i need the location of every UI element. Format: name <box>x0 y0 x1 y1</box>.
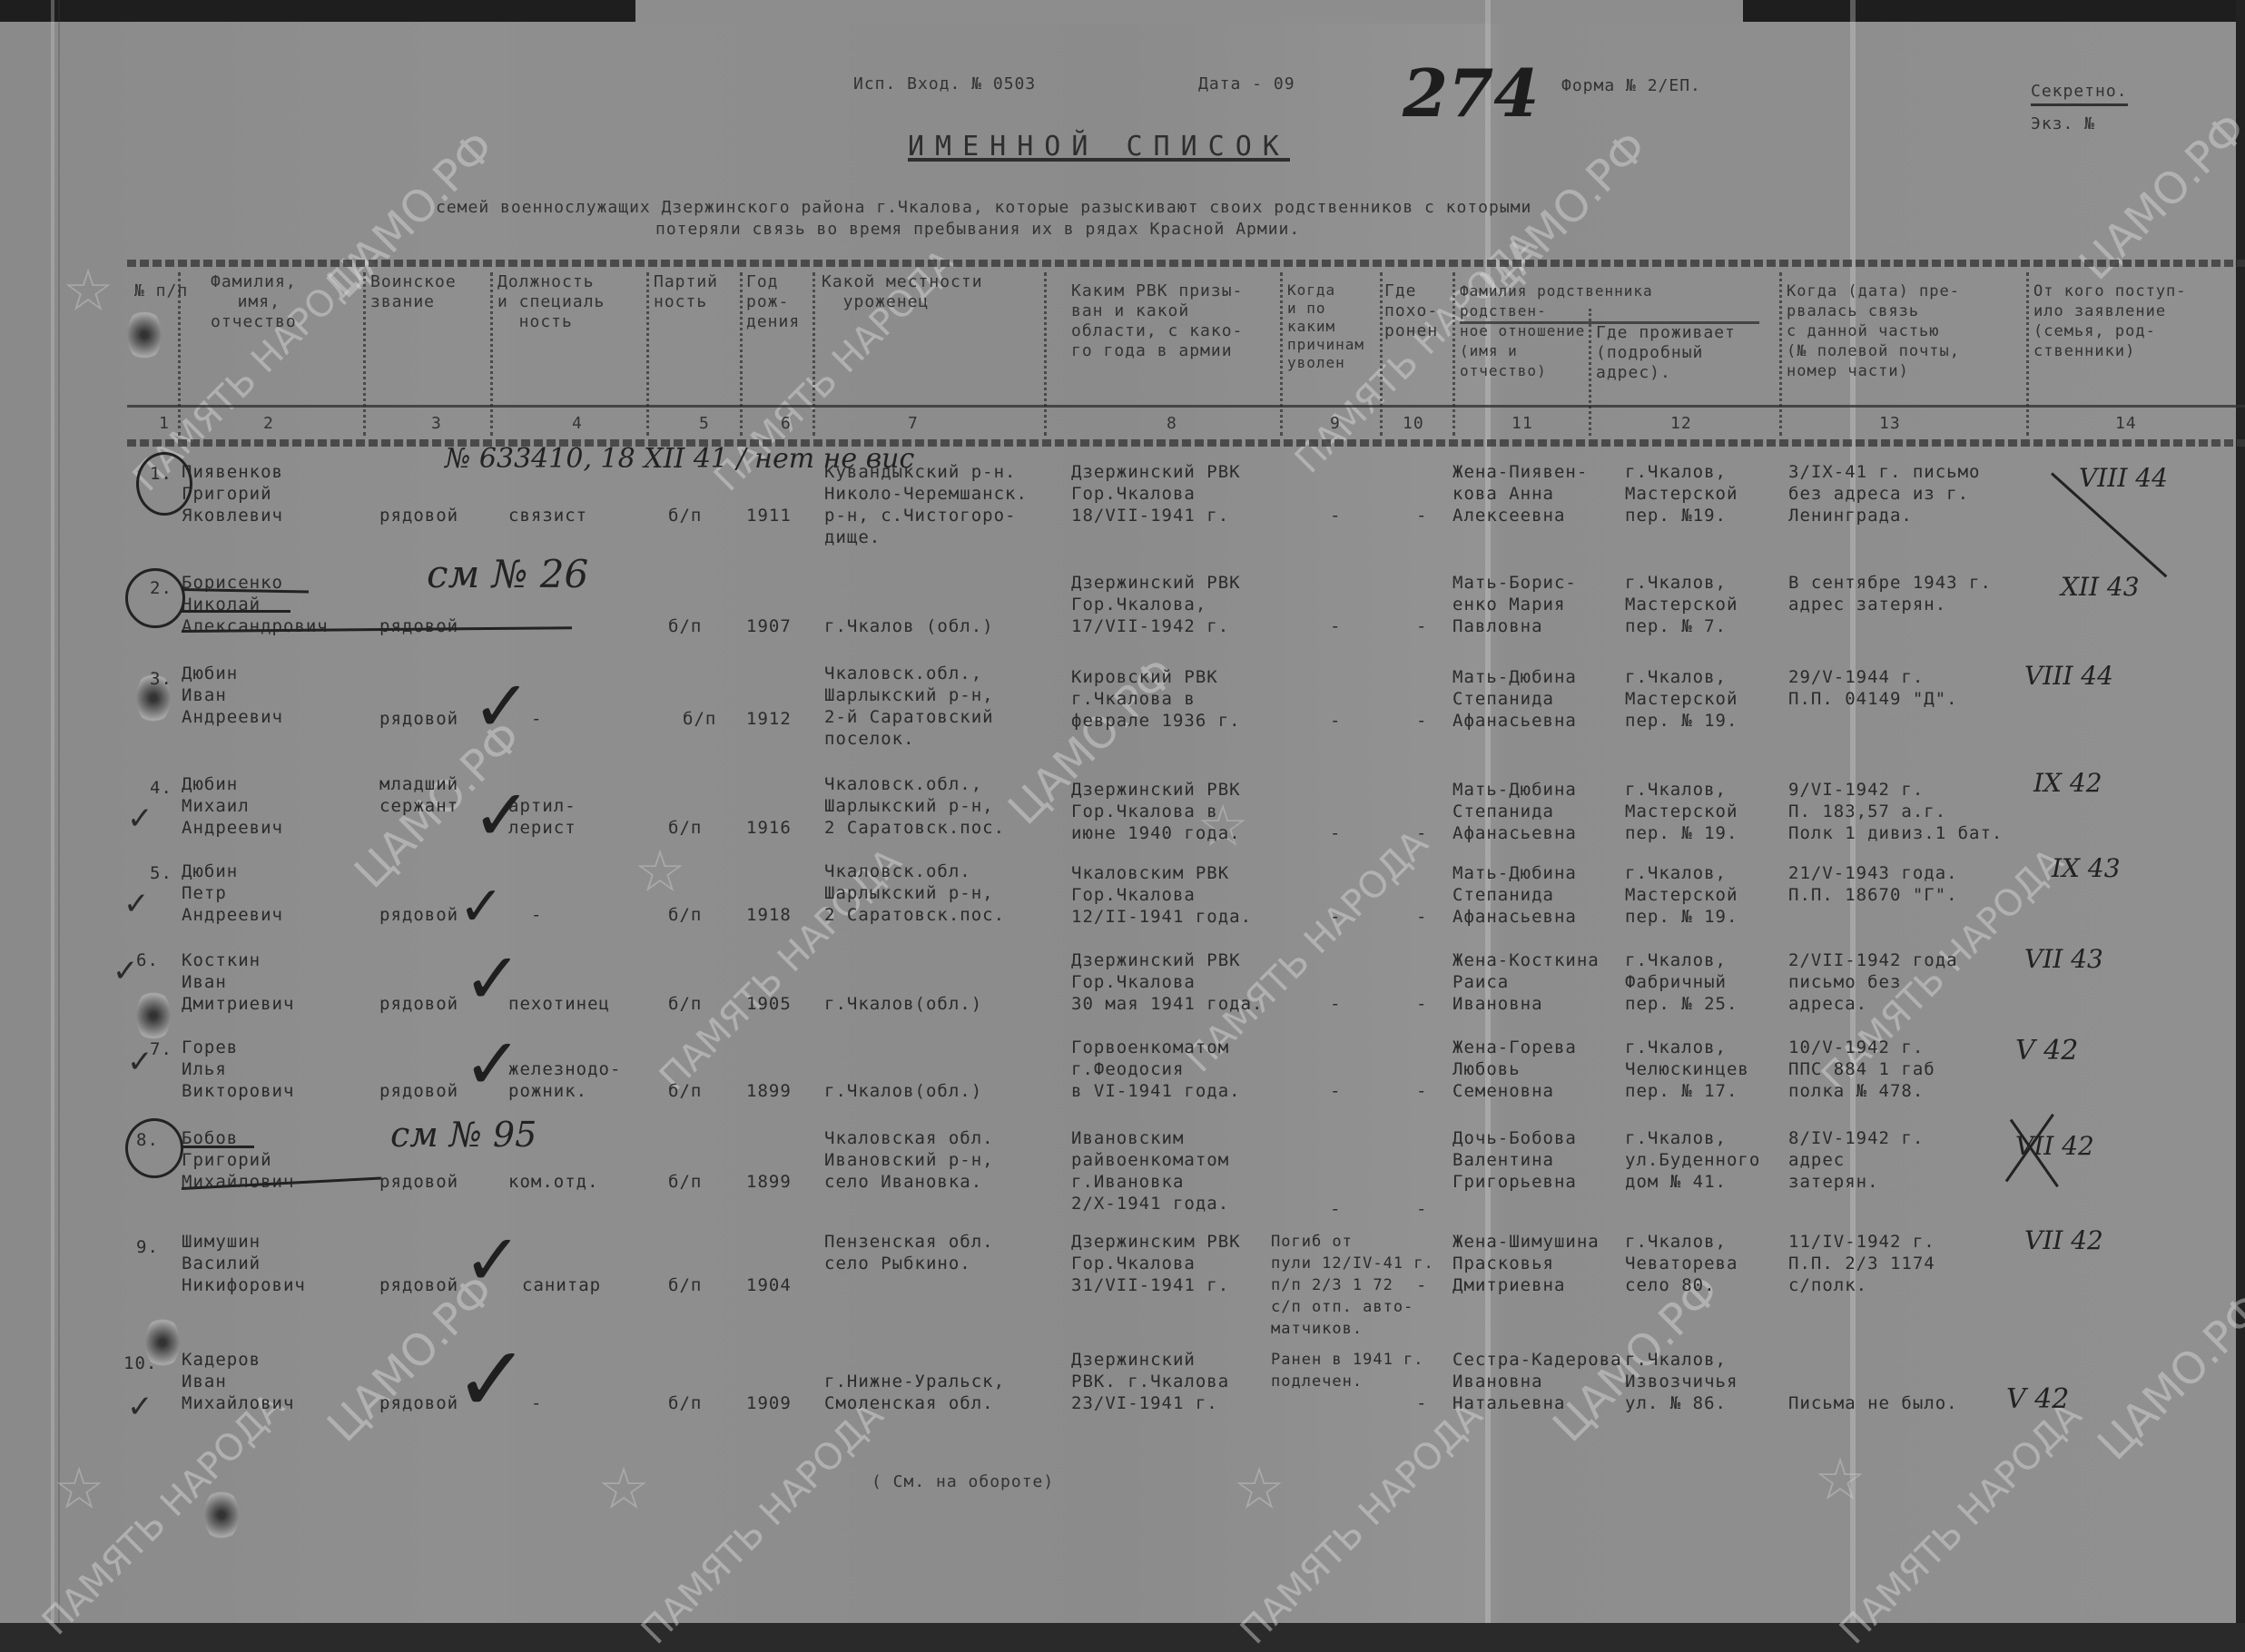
contact-lost: 8/IV-1942 г. адрес затерян. <box>1788 1127 1924 1193</box>
relative: Мать-Дюбина Степанида Афанасьевна <box>1452 862 1577 928</box>
column-separator <box>1779 272 1785 436</box>
handwritten-mark: VIII 44 <box>2024 661 2113 691</box>
row-number: 5. <box>150 862 172 884</box>
circled-number <box>125 1118 183 1178</box>
relative-address: г.Чкалов, Мастерской пер. № 19. <box>1625 862 1738 928</box>
relative: Мать-Борис- енко Мария Павловна <box>1452 572 1577 637</box>
col-num: 7 <box>908 414 919 434</box>
draft-office: Дзержинский РВК Гор.Чкалова 30 мая 1941 … <box>1071 949 1263 1015</box>
row-number: 9. <box>136 1236 159 1258</box>
birth-year: 1904 <box>746 1274 792 1296</box>
rank: рядовой <box>379 505 458 526</box>
full-name: Пиявенков Григорий Яковлевич <box>182 461 283 526</box>
relative-address: г.Чкалов, Извозчичья ул. № 86. <box>1625 1349 1738 1414</box>
relative: Мать-Дюбина Степанида Афанасьевна <box>1452 666 1577 732</box>
col-header-7: Какой местности уроженец <box>822 272 983 312</box>
col-num: 9 <box>1330 414 1341 434</box>
discharge: - <box>1330 906 1341 928</box>
relative: Жена-Косткина Раиса Ивановна <box>1452 949 1600 1015</box>
discharge: Ранен в 1941 г. подлечен. <box>1271 1349 1424 1392</box>
watermark: ПАМЯТЬ НАРОДА <box>1834 1396 2088 1623</box>
position: пехотинец <box>508 993 610 1015</box>
handwritten-mark: IX 42 <box>2033 768 2102 798</box>
position: ком.отд. <box>508 1171 599 1193</box>
relative: Сестра-Кадерова Ивановна Натальевна <box>1452 1349 1622 1414</box>
column-separator <box>2026 272 2032 436</box>
col-num: 5 <box>699 414 710 434</box>
relative-address: г.Чкалов, Мастерской пер. № 7. <box>1625 572 1738 637</box>
position: связист <box>508 505 587 526</box>
col-num: 4 <box>572 414 583 434</box>
small-check-icon: ✓ <box>123 886 150 922</box>
rank: рядовой <box>379 904 458 926</box>
col-header-9: Когда и по каким причинам уволен <box>1287 281 1364 372</box>
full-name: Дюбин Иван Андреевич <box>182 663 283 728</box>
col-header-3: Воинское звание <box>370 272 457 312</box>
rank: рядовой <box>379 1080 458 1102</box>
contact-lost: 10/V-1942 г. ППС 884 1 габ полка № 478. <box>1788 1037 1935 1102</box>
scan-top-edge <box>0 0 2245 22</box>
watermark: ЦАМО.РФ <box>2088 1283 2245 1470</box>
column-separator <box>363 272 369 436</box>
discharge: - <box>1330 505 1341 526</box>
row-number: 10. <box>123 1352 157 1374</box>
birthplace: г.Нижне-Уральск, Смоленская обл. <box>824 1371 1005 1414</box>
column-separator <box>1280 272 1285 436</box>
strike-through <box>182 610 290 613</box>
column-separator <box>1044 272 1049 436</box>
scanned-document: ЦАМО.РФ ЦАМО.РФ ЦАМО.РФ ЦАМО.РФ ЦАМО.РФ … <box>0 0 2245 1623</box>
contact-lost: 3/IX-41 г. письмо без адреса из г. Ленин… <box>1788 461 1980 526</box>
col-header-5: Партий ность <box>654 272 718 312</box>
checkmark-icon: ✓ <box>454 1334 530 1425</box>
rank: рядовой <box>379 1171 458 1193</box>
rank: рядовой <box>379 993 458 1015</box>
relative: Жена-Горева Любовь Семеновна <box>1452 1037 1577 1102</box>
relative-address: г.Чкалов, Фабричный пер. № 25. <box>1625 949 1738 1015</box>
full-name: Дюбин Михаил Андреевич <box>182 773 283 839</box>
copy-label: Экз. № <box>2031 114 2095 134</box>
small-check-icon: ✓ <box>127 801 153 837</box>
burial: - <box>1416 906 1427 928</box>
handwritten-mark: VII 42 <box>2024 1225 2103 1255</box>
punch-hole <box>136 989 171 1042</box>
col-num: 11 <box>1511 414 1533 434</box>
birth-year: 1918 <box>746 904 792 926</box>
party: б/п <box>668 904 702 926</box>
contact-lost: 11/IV-1942 г. П.П. 2/3 1174 с/полк. <box>1788 1231 1935 1296</box>
draft-office: Дзержинский РВК Гор.Чкалова 18/VII-1941 … <box>1071 461 1241 526</box>
handwritten-annotation: см № 95 <box>390 1115 537 1155</box>
binding-shadow <box>58 0 60 1623</box>
rank: рядовой <box>379 615 458 637</box>
birth-year: 1907 <box>746 615 792 637</box>
table-top-rule <box>127 260 2245 267</box>
rank: рядовой <box>379 1274 458 1296</box>
discharge: - <box>1330 710 1341 732</box>
full-name: Шимушин Василий Никифорович <box>182 1231 306 1296</box>
contact-lost: В сентябре 1943 г. адрес затерян. <box>1788 572 1992 615</box>
contact-lost: 9/VI-1942 г. П. 183,57 а.г. Полк 1 дивиз… <box>1788 779 2003 844</box>
star-watermark-icon: ☆ <box>599 1434 648 1529</box>
birthplace: г.Чкалов(обл.) <box>824 1080 982 1102</box>
relative-address: г.Чкалов, ул.Буденного дом № 41. <box>1625 1127 1760 1193</box>
contact-lost: 21/V-1943 года. П.П. 18670 "Г". <box>1788 862 1958 906</box>
star-watermark-icon: ☆ <box>1816 1425 1865 1520</box>
star-watermark-icon: ☆ <box>54 1434 103 1529</box>
watermark: ПАМЯТЬ НАРОДА <box>635 1396 890 1623</box>
column-separator <box>1452 272 1458 436</box>
party: б/п <box>668 1080 702 1102</box>
draft-office: Чкаловским РВК Гор.Чкалова 12/II-1941 го… <box>1071 862 1252 928</box>
col-header-6: Год рож- дения <box>746 272 800 332</box>
scan-right-edge <box>2236 0 2245 1623</box>
party: б/п <box>668 1274 702 1296</box>
header-bottom-rule <box>127 405 2245 408</box>
handwritten-mark: V 42 <box>2006 1383 2069 1415</box>
form-label: Форма № 2/ЕП. <box>1561 76 1701 96</box>
discharge: - <box>1330 1080 1341 1102</box>
burial: - <box>1416 615 1427 637</box>
handwritten-mark: VII 43 <box>2024 944 2103 974</box>
draft-office: Ивановским райвоенкоматом г.Ивановка 2/X… <box>1071 1127 1229 1214</box>
contact-lost: Письма не было. <box>1788 1392 1958 1414</box>
position: - <box>531 708 542 730</box>
birth-year: 1905 <box>746 993 792 1015</box>
birth-year: 1911 <box>746 505 792 526</box>
col-num: 10 <box>1403 414 1424 434</box>
col-header-12: Где проживает (подробный адрес). <box>1596 323 1736 383</box>
row-number: 6. <box>136 949 159 971</box>
col-num: 14 <box>2115 414 2137 434</box>
contact-lost: 29/V-1944 г. П.П. 04149 "Д". <box>1788 666 1958 710</box>
full-name: Борисенко Николай Александрович <box>182 572 329 637</box>
birth-year: 1899 <box>746 1171 792 1193</box>
draft-office: Дзержинский РВК Гор.Чкалова в июне 1940 … <box>1071 779 1241 844</box>
column-separator <box>812 272 818 436</box>
col-num: 13 <box>1879 414 1901 434</box>
party: б/п <box>668 1392 702 1414</box>
burial: - <box>1416 993 1427 1015</box>
handwritten-mark: XII 43 <box>2061 572 2140 602</box>
row-number: 4. <box>150 777 172 799</box>
row-number: 3. <box>150 668 172 690</box>
relative-address: г.Чкалов, Мастерской пер. №19. <box>1625 461 1738 526</box>
birthplace: Чкаловская обл. Ивановский р-н, село Ива… <box>824 1127 994 1193</box>
party: б/п <box>668 993 702 1015</box>
discharge: - <box>1330 615 1341 637</box>
birth-year: 1899 <box>746 1080 792 1102</box>
burial: - <box>1416 1392 1427 1414</box>
draft-office: Дзержинский РВК. г.Чкалова 23/VI-1941 г. <box>1071 1349 1229 1414</box>
handwritten-mark: V 42 <box>2015 1035 2078 1067</box>
checkmark-icon: ✓ <box>458 871 504 942</box>
document-title: ИМЕННОЙ СПИСОК <box>908 136 1290 162</box>
col-header-14: От кого поступ- ило заявление (семья, ро… <box>2033 281 2187 361</box>
col-num: 1 <box>159 414 170 434</box>
column-separator <box>740 272 745 436</box>
col-num: 6 <box>781 414 792 434</box>
incoming-number: Исп. Вход. № 0503 <box>853 74 1036 94</box>
checkmark-icon: ✓ <box>463 1225 522 1296</box>
burial: - <box>1416 1274 1427 1296</box>
col-header-1: № п/п <box>134 281 188 301</box>
birthplace: Чкаловск.обл. Шарлыкский р-н, 2 Саратовс… <box>824 860 1005 926</box>
checkmark-icon: ✓ <box>463 1029 522 1100</box>
discharge: - <box>1330 822 1341 844</box>
birth-year: 1912 <box>746 708 792 730</box>
relative-address: г.Чкалов, Мастерской пер. № 19. <box>1625 779 1738 844</box>
full-name: Кадеров Иван Михайлович <box>182 1349 294 1414</box>
birthplace: г.Чкалов (обл.) <box>824 615 994 637</box>
full-name: Косткин Иван Дмитриевич <box>182 949 294 1015</box>
position: санитар <box>522 1274 601 1296</box>
small-check-icon: ✓ <box>127 1389 153 1425</box>
col-header-8: Каким РВК призы- ван и какой области, с … <box>1071 281 1243 361</box>
burial: - <box>1416 505 1427 526</box>
relative: Жена-Шимушина Прасковья Дмитриевна <box>1452 1231 1600 1296</box>
see-reverse-note: ( См. на обороте) <box>871 1472 1054 1492</box>
circled-number <box>125 568 185 628</box>
col-header-2: Фамилия, имя, отчество <box>211 272 297 332</box>
checkmark-icon: ✓ <box>463 944 522 1015</box>
col-num: 8 <box>1167 414 1177 434</box>
full-name: Дюбин Петр Андреевич <box>182 860 283 926</box>
strike-through <box>182 1146 254 1148</box>
col-header-13: Когда (дата) пре- рвалась связь с данной… <box>1787 281 1960 381</box>
col-num: 3 <box>431 414 442 434</box>
punch-hole <box>204 1489 239 1541</box>
party: б/п <box>668 505 702 526</box>
birthplace: Чкаловск.обл., Шарлыкский р-н, 2 Саратов… <box>824 773 1005 839</box>
handwritten-mark: IX 43 <box>2052 853 2121 883</box>
small-check-icon: ✓ <box>127 1044 153 1080</box>
column-separator <box>490 272 496 436</box>
discharge: - <box>1330 1198 1341 1220</box>
birth-year: 1909 <box>746 1392 792 1414</box>
star-watermark-icon: ☆ <box>64 236 113 331</box>
position: - <box>531 904 542 926</box>
position: - <box>531 1392 542 1414</box>
circled-number <box>136 452 192 516</box>
row-number: 7. <box>150 1038 172 1060</box>
birthplace: Чкаловск.обл., Шарлыкский р-н, 2-й Сарат… <box>824 663 994 750</box>
party: б/п <box>668 817 702 839</box>
draft-office: Дзержинским РВК Гор.Чкалова 31/VII-1941 … <box>1071 1231 1241 1296</box>
draft-office: Дзержинский РВК Гор.Чкалова, 17/VII-1942… <box>1071 572 1241 637</box>
party: б/п <box>683 708 716 730</box>
col-num: 12 <box>1670 414 1692 434</box>
birthplace: г.Чкалов(обл.) <box>824 993 982 1015</box>
burial: - <box>1416 710 1427 732</box>
birthplace: Пензенская обл. село Рыбкино. <box>824 1231 994 1274</box>
party: б/п <box>668 1171 702 1193</box>
relative: Дочь-Бобова Валентина Григорьевна <box>1452 1127 1577 1193</box>
handwritten-annotation: см № 26 <box>427 552 588 596</box>
discharge: Погиб от пули 12/IV-41 г. п/п 2/3 1 72 с… <box>1271 1231 1434 1340</box>
draft-office: Горвоенкоматом г.Феодосия в VI-1941 года… <box>1071 1037 1241 1102</box>
rank: младший сержант <box>379 773 458 817</box>
contact-lost: 2/VII-1942 года письмо без адреса. <box>1788 949 1958 1015</box>
burial: - <box>1416 1080 1427 1102</box>
binding-edge <box>51 0 54 1623</box>
relative-address: г.Чкалов, Челюскинцев пер. № 17. <box>1625 1037 1749 1102</box>
party: б/п <box>668 615 702 637</box>
relative: Жена-Пиявен- кова Анна Алексеевна <box>1452 461 1588 526</box>
relative: Мать-Дюбина Степанида Афанасьевна <box>1452 779 1577 844</box>
punch-hole <box>127 309 162 361</box>
subtitle-line-2: потеряли связь во время пребывания их в … <box>655 220 1300 240</box>
rank: рядовой <box>379 1392 458 1414</box>
col-num: 2 <box>263 414 274 434</box>
incoming-date: Дата - 09 <box>1198 74 1295 94</box>
draft-office: Кировский РВК г.Чкалова в феврале 1936 г… <box>1071 666 1241 732</box>
full-name: Горев Илья Викторович <box>182 1037 294 1102</box>
handwritten-mark: VIII 44 <box>2079 463 2168 493</box>
col-header-10: Где похо- ронен <box>1384 281 1438 341</box>
handwritten-annotation: № 633410, 18 XII 41 / нет не вис <box>445 443 914 475</box>
archive-sheet-number: 274 <box>1403 54 1539 132</box>
column-separator <box>646 272 652 436</box>
rank: рядовой <box>379 708 458 730</box>
subtitle-line-1: семей военнослужащих Дзержинского района… <box>436 198 1531 218</box>
position: железнодо- рожник. <box>508 1058 621 1102</box>
burial: - <box>1416 1198 1427 1220</box>
discharge: - <box>1330 993 1341 1015</box>
col-header-4: Должность и специаль ность <box>497 272 605 332</box>
star-watermark-icon: ☆ <box>1235 1434 1284 1529</box>
relative-address: г.Чкалов, Мастерской пер. № 19. <box>1625 666 1738 732</box>
burial: - <box>1416 822 1427 844</box>
checkmark-icon: ✓ <box>472 672 531 742</box>
small-check-icon: ✓ <box>113 953 139 989</box>
birth-year: 1916 <box>746 817 792 839</box>
relative-address: г.Чкалов, Чеваторева село 80. <box>1625 1231 1738 1296</box>
checkmark-icon: ✓ <box>472 781 531 851</box>
secret-stamp: Секретно. <box>2031 82 2128 106</box>
